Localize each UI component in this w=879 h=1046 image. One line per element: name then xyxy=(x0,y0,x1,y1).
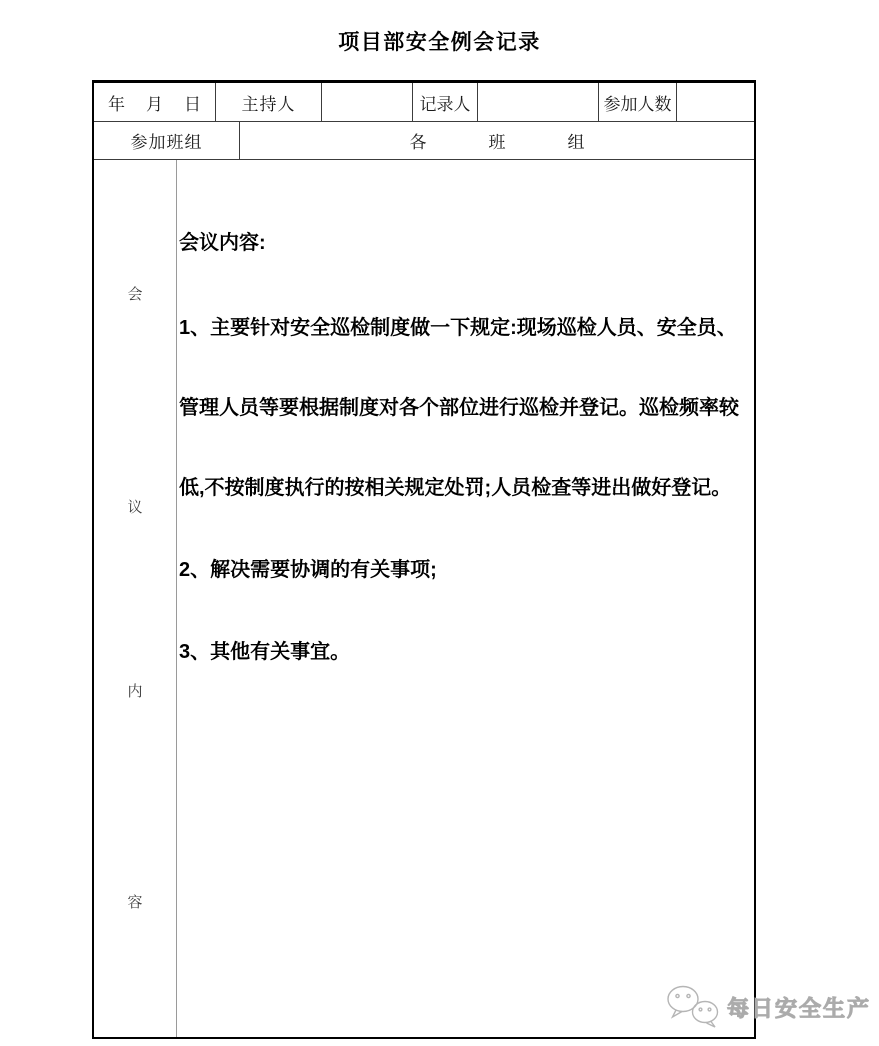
meeting-content-line: 管理人员等要根据制度对各个部位进行巡检并登记。巡检频率较 xyxy=(179,398,739,418)
side-label-char: 会 xyxy=(94,288,176,303)
meeting-content-line: 会议内容: xyxy=(179,233,266,253)
recorder-label-cell: 记录人 xyxy=(413,83,478,121)
host-label-cell: 主持人 xyxy=(216,83,322,121)
teams-label-cell: 参加班组 xyxy=(94,122,240,159)
teams-value-cell: 各 班 组 xyxy=(240,122,754,159)
table-header-row: 年 月 日 主持人 记录人 参加人数 xyxy=(94,83,754,122)
content-side-label: 会 议 内 容 xyxy=(94,160,177,1037)
watermark-text: 每日安全生产 xyxy=(727,992,871,1023)
attendance-label-cell: 参加人数 xyxy=(599,83,677,121)
teams-row: 参加班组 各 班 组 xyxy=(94,122,754,160)
page-title: 项目部安全例会记录 xyxy=(0,26,879,56)
date-year-label: 年 xyxy=(108,90,125,115)
meeting-content-line: 低,不按制度执行的按相关规定处罚;人员检查等进出做好登记。 xyxy=(179,478,731,498)
host-value-cell[interactable] xyxy=(322,83,413,121)
teams-value-part: 组 xyxy=(568,128,585,153)
date-label-cell: 年 月 日 xyxy=(94,83,216,121)
date-day-label: 日 xyxy=(184,90,201,115)
recorder-value-cell[interactable] xyxy=(478,83,599,121)
content-row: 会 议 内 容 会议内容: 1、主要针对安全巡检制度做一下规定:现场巡检人员、安… xyxy=(94,160,754,1037)
side-label-char: 内 xyxy=(94,685,176,700)
watermark: 每日安全生产 xyxy=(666,985,871,1029)
side-label-char: 议 xyxy=(94,501,176,516)
meeting-content-area[interactable]: 会议内容: 1、主要针对安全巡检制度做一下规定:现场巡检人员、安全员、 管理人员… xyxy=(177,160,754,1037)
side-label-char: 容 xyxy=(94,896,176,911)
date-month-label: 月 xyxy=(146,90,163,115)
meeting-content-line: 2、解决需要协调的有关事项; xyxy=(179,560,437,580)
meeting-record-table: 年 月 日 主持人 记录人 参加人数 参加班组 各 班 组 会 议 xyxy=(92,80,756,1039)
teams-value-part: 班 xyxy=(489,128,506,153)
document-page: 项目部安全例会记录 年 月 日 主持人 记录人 参加人数 参加班组 各 班 组 xyxy=(0,0,879,1046)
attendance-value-cell[interactable] xyxy=(677,83,754,121)
meeting-content-line: 3、其他有关事宜。 xyxy=(179,642,350,662)
wechat-logo-icon xyxy=(666,985,722,1029)
meeting-content-line: 1、主要针对安全巡检制度做一下规定:现场巡检人员、安全员、 xyxy=(179,318,737,338)
teams-value-part: 各 xyxy=(410,128,427,153)
